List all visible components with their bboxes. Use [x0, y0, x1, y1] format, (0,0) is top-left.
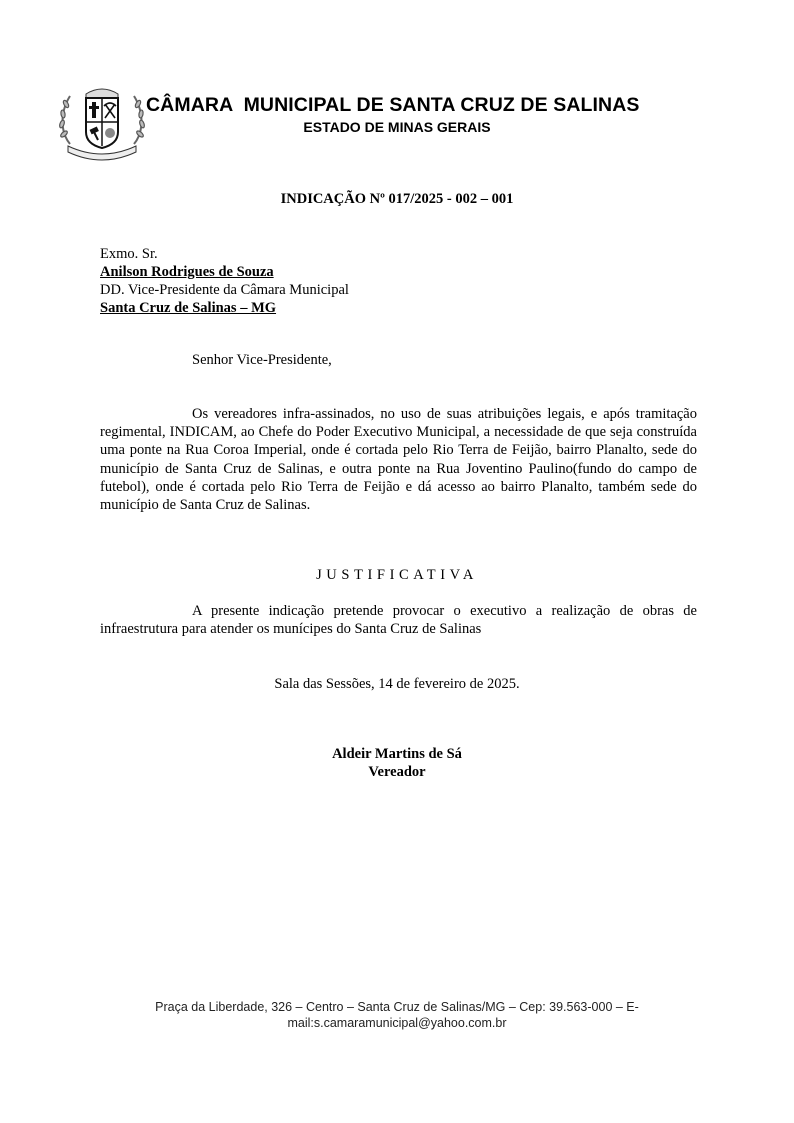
state-subtitle: ESTADO DE MINAS GERAIS — [0, 119, 794, 135]
addressee-name: Anilson Rodrigues de Souza — [100, 263, 349, 281]
justification-heading: JUSTIFICATIVA — [0, 567, 794, 584]
addressee-block: Exmo. Sr. Anilson Rodrigues de Souza DD.… — [100, 245, 349, 317]
state-subtitle-text: ESTADO DE MINAS GERAIS — [303, 119, 490, 135]
body-paragraph-1: Os vereadores infra-assinados, no uso de… — [100, 405, 697, 514]
footer-line-1: Praça da Liberdade, 326 – Centro – Santa… — [130, 999, 664, 1015]
body-paragraph-1-text: Os vereadores infra-assinados, no uso de… — [100, 406, 697, 513]
body-paragraph-2-text: A presente indicação pretende provocar o… — [100, 603, 697, 637]
signer-name: Aldeir Martins de Sá — [0, 746, 794, 763]
signer-role: Vereador — [0, 764, 794, 781]
session-date: Sala das Sessões, 14 de fevereiro de 202… — [0, 676, 794, 693]
footer-address: Praça da Liberdade, 326 – Centro – Santa… — [130, 999, 664, 1031]
institution-title: CÂMARA MUNICIPAL DE SANTA CRUZ DE SALINA… — [146, 94, 640, 117]
addressee-role: DD. Vice-Presidente da Câmara Municipal — [100, 281, 349, 299]
body-paragraph-2: A presente indicação pretende provocar o… — [100, 602, 697, 638]
document-number: INDICAÇÃO Nº 017/2025 - 002 – 001 — [0, 191, 794, 208]
footer-line-2: mail:s.camaramunicipal@yahoo.com.br — [130, 1015, 664, 1031]
salutation: Senhor Vice-Presidente, — [192, 352, 332, 369]
addressee-greeting: Exmo. Sr. — [100, 245, 349, 263]
addressee-location: Santa Cruz de Salinas – MG — [100, 299, 349, 317]
